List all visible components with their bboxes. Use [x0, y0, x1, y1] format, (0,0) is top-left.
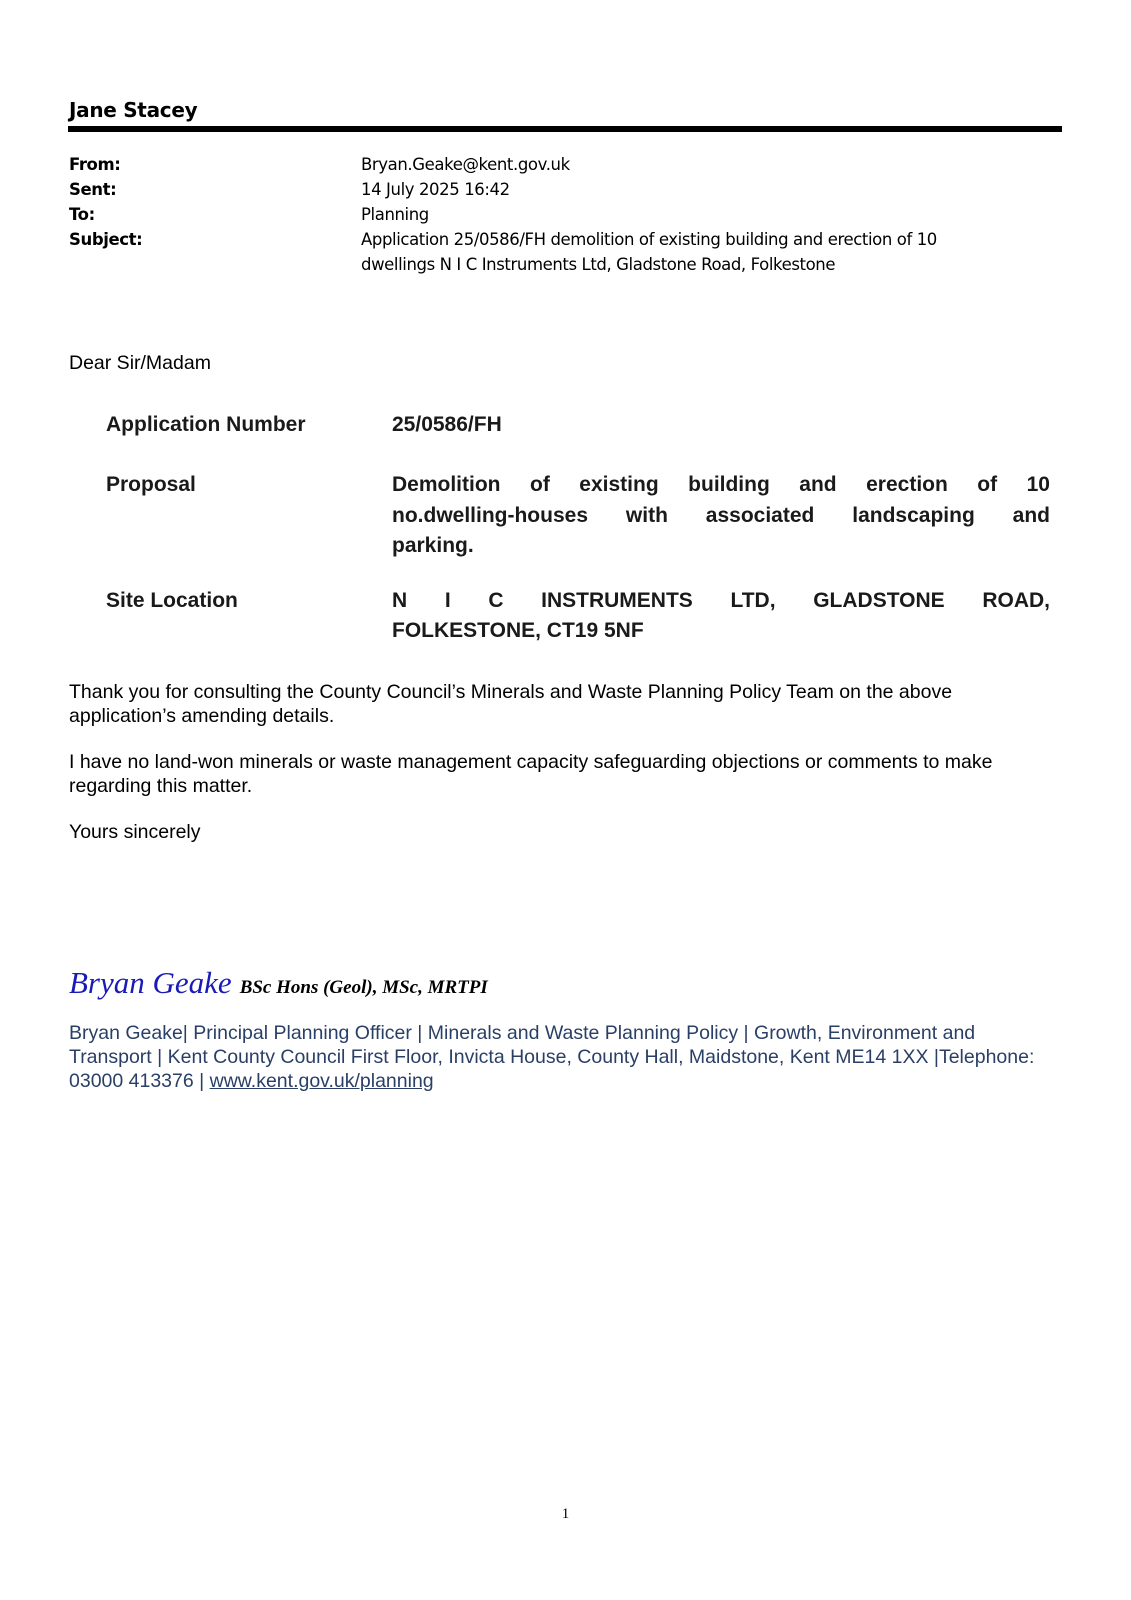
site-location-row: Site Location N I C INSTRUMENTS LTD, GLA…: [106, 586, 1050, 647]
no-objection-paragraph: I have no land-won minerals or waste man…: [69, 750, 1059, 798]
site-line-1: N I C INSTRUMENTS LTD, GLADSTONE ROAD,: [392, 586, 1050, 617]
header-divider: [68, 126, 1062, 132]
to-label: To:: [69, 202, 361, 227]
subject-value: Application 25/0586/FH demolition of exi…: [361, 227, 1001, 277]
proposal-line-1: Demolition of existing building and erec…: [392, 470, 1050, 501]
greeting: Dear Sir/Madam: [69, 351, 211, 375]
application-details-table: Application Number 25/0586/FH Proposal D…: [106, 410, 1050, 647]
sent-value: 14 July 2025 16:42: [361, 177, 1001, 202]
proposal-value: Demolition of existing building and erec…: [392, 470, 1050, 562]
planning-website-link[interactable]: www.kent.gov.uk/planning: [210, 1070, 434, 1092]
signature-contact-block: Bryan Geake| Principal Planning Officer …: [69, 1021, 1059, 1093]
subject-row: Subject: Application 25/0586/FH demoliti…: [69, 227, 1001, 277]
from-value: Bryan.Geake@kent.gov.uk: [361, 152, 1001, 177]
page-number: 1: [0, 1506, 1131, 1523]
subject-label: Subject:: [69, 227, 361, 277]
proposal-row: Proposal Demolition of existing building…: [106, 470, 1050, 562]
site-line-2: FOLKESTONE, CT19 5NF: [392, 616, 1050, 647]
proposal-line-3: parking.: [392, 531, 1050, 562]
site-location-label: Site Location: [106, 586, 392, 647]
application-number-label: Application Number: [106, 410, 392, 440]
signature-name-line: Bryan Geake BSc Hons (Geol), MSc, MRTPI: [69, 965, 488, 1001]
signature-name: Bryan Geake: [69, 965, 232, 1000]
to-value: Planning: [361, 202, 1001, 227]
document-page: Jane Stacey From: Bryan.Geake@kent.gov.u…: [0, 0, 1131, 1600]
mailbox-owner-name: Jane Stacey: [69, 98, 197, 122]
proposal-line-2: no.dwelling-houses with associated lands…: [392, 501, 1050, 532]
site-location-value: N I C INSTRUMENTS LTD, GLADSTONE ROAD, F…: [392, 586, 1050, 647]
application-number-value: 25/0586/FH: [392, 410, 1050, 440]
consultation-thanks-paragraph: Thank you for consulting the County Coun…: [69, 680, 1059, 728]
sent-label: Sent:: [69, 177, 361, 202]
closing-salutation: Yours sincerely: [69, 820, 201, 844]
subject-line-2: dwellings N I C Instruments Ltd, Gladsto…: [361, 252, 1001, 277]
application-number-row: Application Number 25/0586/FH: [106, 410, 1050, 440]
email-header-block: From: Bryan.Geake@kent.gov.uk Sent: 14 J…: [69, 152, 1001, 277]
signature-qualifications: BSc Hons (Geol), MSc, MRTPI: [240, 977, 488, 998]
from-row: From: Bryan.Geake@kent.gov.uk: [69, 152, 1001, 177]
proposal-label: Proposal: [106, 470, 392, 562]
to-row: To: Planning: [69, 202, 1001, 227]
sent-row: Sent: 14 July 2025 16:42: [69, 177, 1001, 202]
subject-line-1: Application 25/0586/FH demolition of exi…: [361, 227, 1001, 252]
from-label: From:: [69, 152, 361, 177]
